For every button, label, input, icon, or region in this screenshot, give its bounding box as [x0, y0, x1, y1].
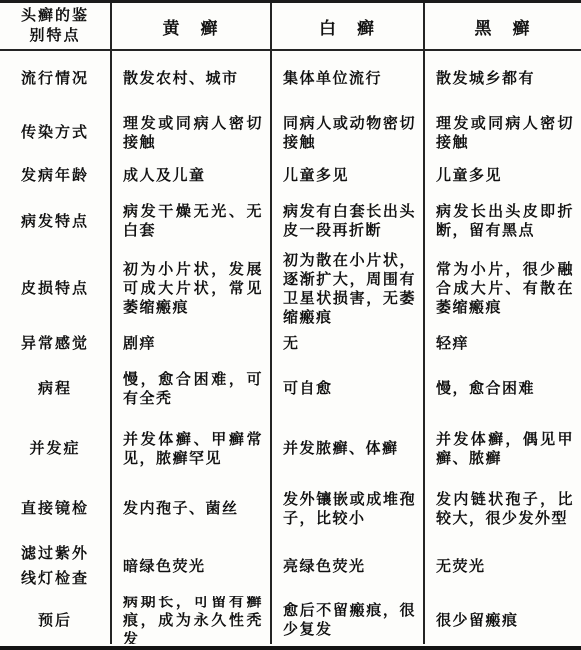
table-cell: 发内链状孢子，比较大，很少发外型 — [423, 481, 581, 536]
table-cell: 慢，愈合困难 — [423, 361, 581, 416]
table-cell: 成人及儿童 — [110, 159, 270, 191]
table-cell: 发外镶嵌或成堆孢子，比较小 — [270, 481, 423, 536]
corner-header-label: 头癣的鉴别特点 — [17, 6, 93, 46]
table-cell: 无荧光 — [423, 536, 581, 596]
row-label-hair-features: 病发特点 — [0, 191, 110, 251]
table-cell: 无 — [270, 326, 423, 361]
row-label-transmission: 传染方式 — [0, 106, 110, 159]
table-cell: 集体单位流行 — [270, 51, 423, 106]
table-cell: 轻痒 — [423, 326, 581, 361]
column-header-white-tinea: 白 癣 — [270, 3, 423, 51]
table-cell: 愈后不留瘢痕，很少复发 — [270, 596, 423, 644]
row-label-prognosis: 预后 — [0, 596, 110, 644]
table-cell: 病发长出头皮即折断，留有黑点 — [423, 191, 581, 251]
table-cell: 理发或同病人密切接触 — [423, 106, 581, 159]
table-cell: 暗绿色荧光 — [110, 536, 270, 596]
table-cell: 病发有白套长出头皮一段再折断 — [270, 191, 423, 251]
row-label-disease-course: 病程 — [0, 361, 110, 416]
table-cell: 可自愈 — [270, 361, 423, 416]
scanned-page: 头癣的鉴别特点 黄 癣 白 癣 黑 癣 流行情况 散发农村、城市 集体单位流行 … — [0, 0, 581, 650]
table-cell: 病期长，可留有癣痕，成为永久性秃发 — [110, 596, 270, 644]
table-cell: 常为小片，很少融合成大片、有散在萎缩瘢痕 — [423, 251, 581, 326]
table-cell: 理发或同病人密切接触 — [110, 106, 270, 159]
column-header-yellow-tinea: 黄 癣 — [110, 3, 270, 51]
row-label-onset-age: 发病年龄 — [0, 159, 110, 191]
table-cell: 并发体癣，偶见甲癣、脓癣 — [423, 416, 581, 481]
tinea-capitis-comparison-table: 头癣的鉴别特点 黄 癣 白 癣 黑 癣 流行情况 散发农村、城市 集体单位流行 … — [0, 0, 581, 650]
table-cell: 亮绿色荧光 — [270, 536, 423, 596]
table-cell: 发内孢子、菌丝 — [110, 481, 270, 536]
table-cell: 儿童多见 — [423, 159, 581, 191]
table-cell: 散发城乡都有 — [423, 51, 581, 106]
table-cell: 慢，愈合困难，可有全秃 — [110, 361, 270, 416]
row-label-abnormal-sensation: 异常感觉 — [0, 326, 110, 361]
table-cell: 并发体癣、甲癣常见，脓癣罕见 — [110, 416, 270, 481]
table-cell: 同病人或动物密切接触 — [270, 106, 423, 159]
table-cell: 并发脓癣、体癣 — [270, 416, 423, 481]
row-label-direct-microscopy: 直接镜检 — [0, 481, 110, 536]
table-cell: 初为散在小片状，逐渐扩大，周围有卫星状损害，无萎缩瘢痕 — [270, 251, 423, 326]
row-label-skin-lesion-features: 皮损特点 — [0, 251, 110, 326]
row-label-wood-lamp-exam: 滤过紫外线灯检查 — [0, 536, 110, 596]
row-label-epidemiology: 流行情况 — [0, 51, 110, 106]
row-label-complications: 并发症 — [0, 416, 110, 481]
table-cell: 初为小片状，发展可成大片状，常见萎缩瘢痕 — [110, 251, 270, 326]
corner-header: 头癣的鉴别特点 — [0, 3, 110, 51]
table-cell: 儿童多见 — [270, 159, 423, 191]
table-cell: 剧痒 — [110, 326, 270, 361]
table-cell: 病发干燥无光、无白套 — [110, 191, 270, 251]
table-cell: 散发农村、城市 — [110, 51, 270, 106]
table-cell: 很少留瘢痕 — [423, 596, 581, 644]
column-header-black-tinea: 黑 癣 — [423, 3, 581, 51]
